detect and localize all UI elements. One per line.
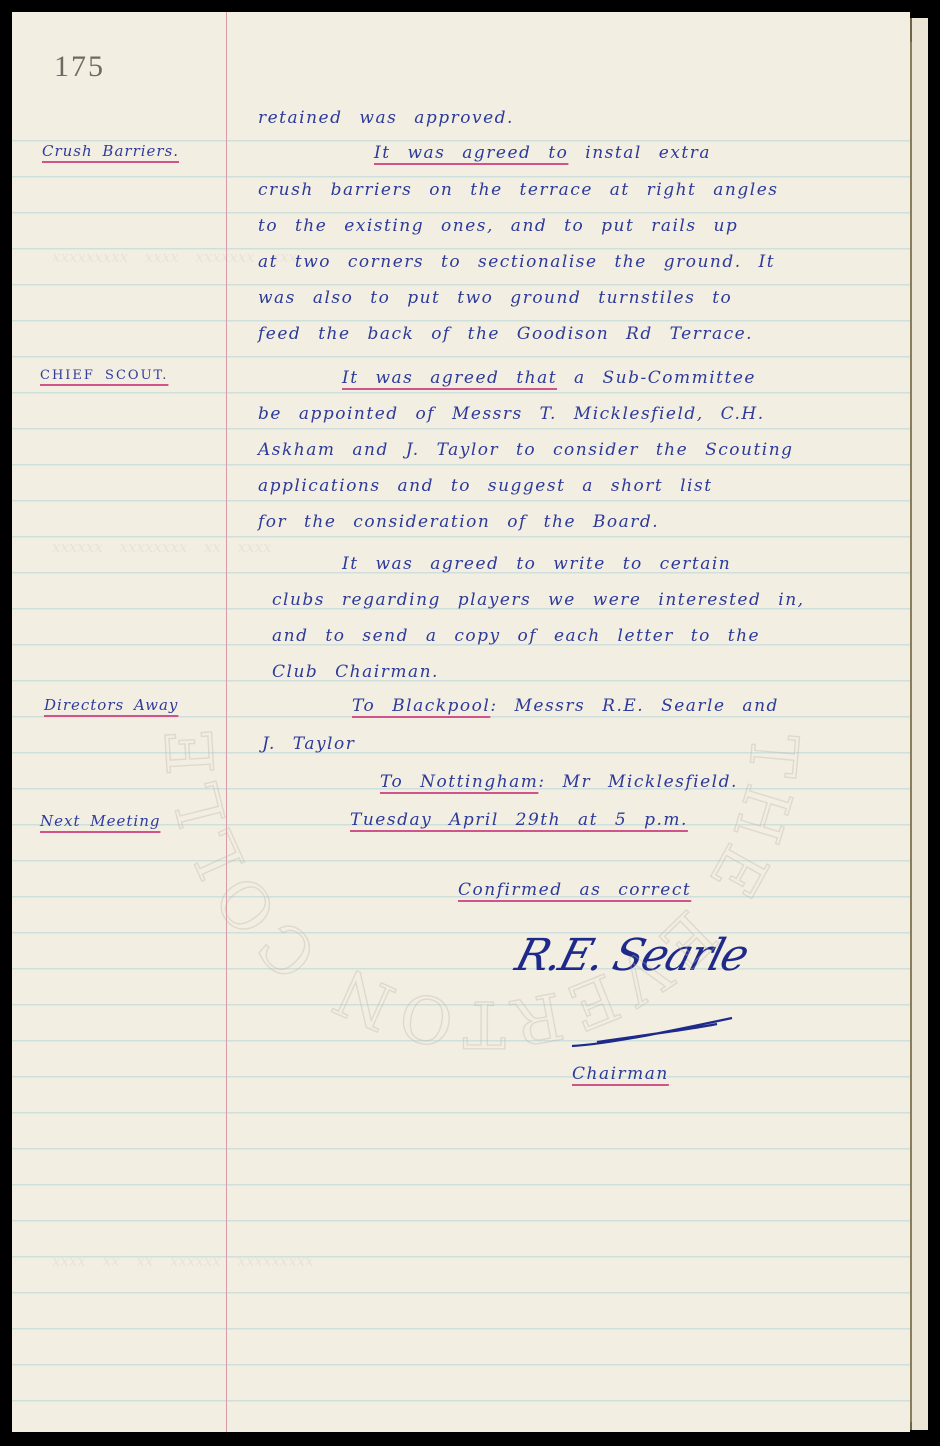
- underlined-phrase: To Blackpool: [352, 696, 490, 716]
- confirmed-as-correct: Confirmed as correct: [458, 880, 691, 900]
- body-line: and to send a copy of each letter to the: [272, 626, 760, 646]
- bleed-through-text: xxxx xx xx xxxxxx xxxxxxxxx: [52, 1252, 314, 1270]
- signature-flourish-icon: [567, 1012, 737, 1052]
- body-line: for the consideration of the Board.: [258, 512, 659, 532]
- body-line: It was agreed to write to certain: [342, 554, 731, 574]
- body-line: retained was approved.: [258, 108, 514, 128]
- underlined-phrase: It was agreed to: [374, 143, 568, 163]
- body-line: To Nottingham: Mr Micklesfield.: [380, 772, 738, 792]
- body-line: feed the back of the Goodison Rd Terrace…: [258, 324, 753, 344]
- body-line: be appointed of Messrs T. Micklesfield, …: [258, 404, 765, 424]
- body-line: J. Taylor: [262, 734, 355, 754]
- body-line: Club Chairman.: [272, 662, 439, 682]
- margin-note-directors-away: Directors Away: [44, 696, 178, 714]
- body-line: at two corners to sectionalise the groun…: [258, 252, 775, 272]
- body-line: Askham and J. Taylor to consider the Sco…: [258, 440, 794, 460]
- margin-note-chief-scout: CHIEF SCOUT.: [40, 368, 168, 383]
- next-meeting-date: Tuesday April 29th at 5 p.m.: [350, 810, 688, 830]
- body-line-rest: a Sub-Committee: [574, 368, 756, 388]
- body-line-rest: instal extra: [585, 143, 711, 163]
- margin-note-next-meeting: Next Meeting: [40, 812, 160, 830]
- body-line: was also to put two ground turnstiles to: [258, 288, 732, 308]
- page-number: 175: [54, 50, 105, 84]
- body-line: crush barriers on the terrace at right a…: [258, 180, 778, 200]
- body-line-rest: : Messrs R.E. Searle and: [490, 696, 779, 716]
- chairman-signature: R.E. Searle: [510, 930, 752, 981]
- body-line: It was agreed to instal extra: [374, 143, 711, 163]
- body-line: applications and to suggest a short list: [258, 476, 713, 496]
- page-header-area: [12, 12, 910, 106]
- body-line-rest: : Mr Micklesfield.: [538, 772, 737, 792]
- margin-note-crush-barriers: Crush Barriers.: [42, 142, 179, 160]
- body-line: to the existing ones, and to put rails u…: [258, 216, 738, 236]
- adjacent-page-edge: [910, 18, 928, 1430]
- underlined-phrase: To Nottingham: [380, 772, 538, 792]
- body-line: It was agreed that a Sub-Committee: [342, 368, 756, 388]
- margin-rule: [226, 12, 227, 1432]
- underlined-phrase: It was agreed that: [342, 368, 557, 388]
- body-line: clubs regarding players we were interest…: [272, 590, 805, 610]
- ledger-page: 175 xxxxxxxxx xxxx xxxxxxx xxx xxxxxx xx…: [12, 12, 910, 1432]
- bleed-through-text: xxxxxx xxxxxxxx xx xxxx: [52, 538, 272, 556]
- body-line: To Blackpool: Messrs R.E. Searle and: [352, 696, 779, 716]
- chairman-title: Chairman: [572, 1064, 669, 1084]
- page-right-edge: [910, 42, 912, 1422]
